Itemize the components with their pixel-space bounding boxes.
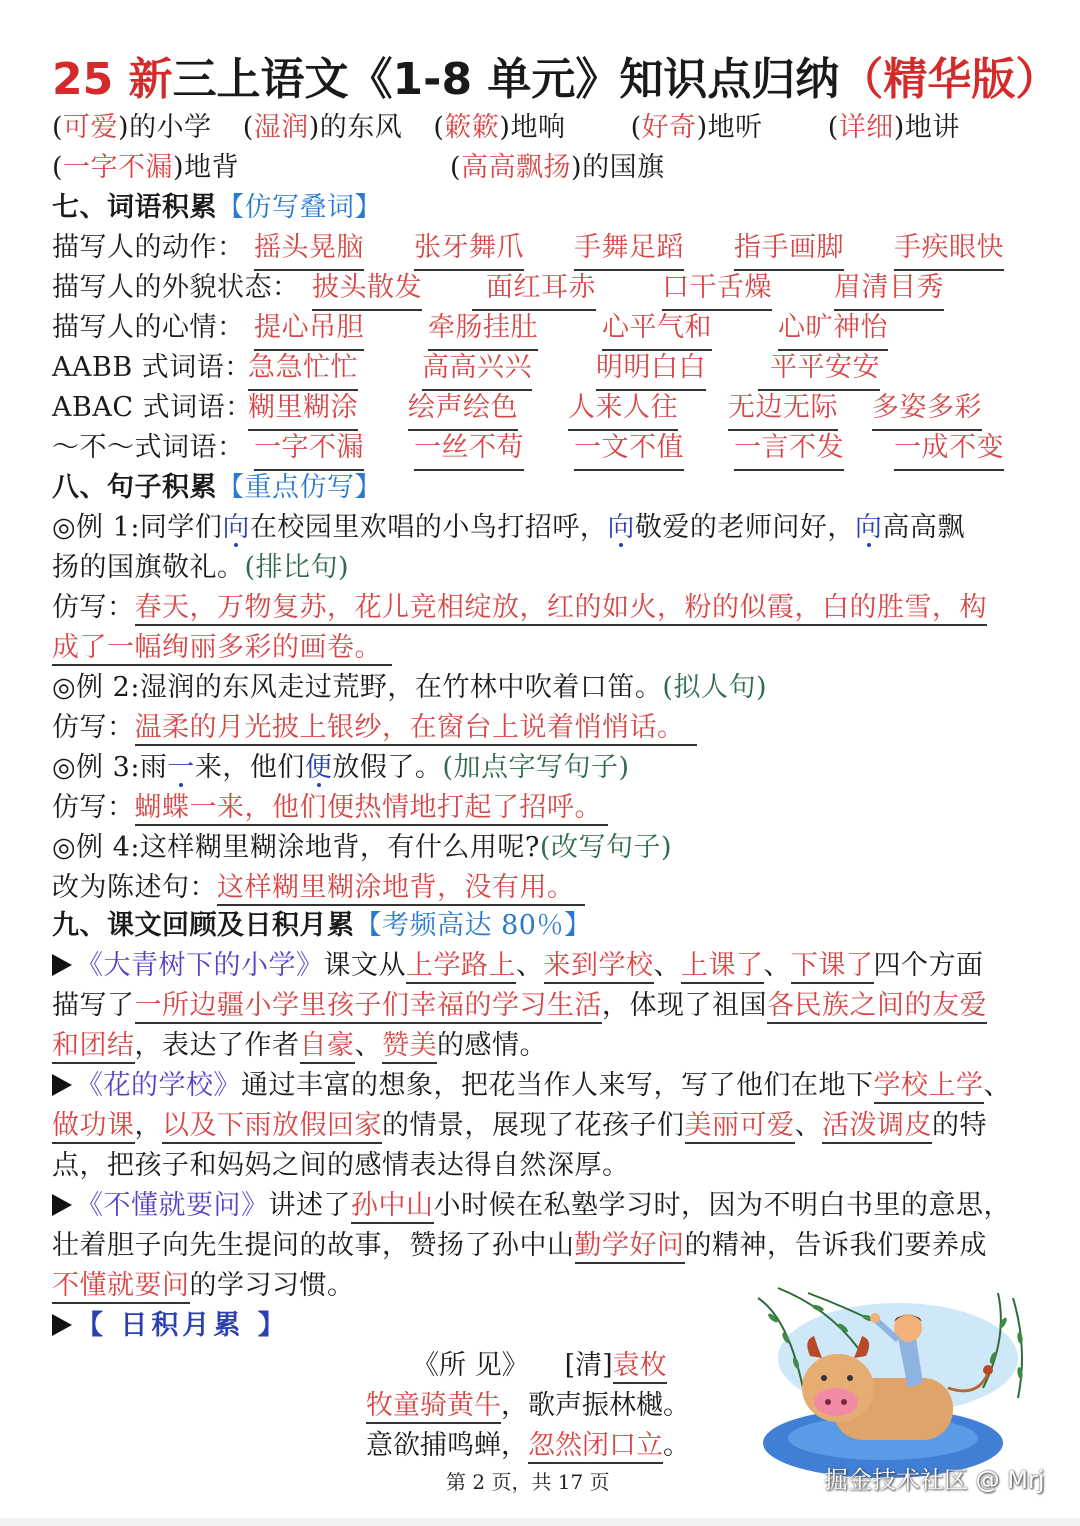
text-span: 七、词语积累 bbox=[52, 192, 217, 223]
triangle-bullet-icon bbox=[52, 1314, 72, 1336]
answer-text: 明明白白 bbox=[596, 348, 706, 391]
text-span: 九、课文回顾及日积月累 bbox=[52, 910, 355, 941]
vocab-row-aabb: AABB 式词语： 急急忙忙 高高兴兴 明明白白 平平安安 bbox=[52, 348, 252, 388]
text-span: 的小学 bbox=[129, 112, 212, 143]
text-span: 描写人的外貌状态： bbox=[52, 272, 300, 303]
emphasis-dot-char: 一 bbox=[167, 752, 195, 783]
text-span: 湿润 bbox=[254, 112, 309, 143]
lesson-title: 《大青树下的小学》 bbox=[76, 950, 324, 981]
text-span: ◎例 2:湿润的东风走过荒野，在竹林中吹着口笛。 bbox=[52, 672, 662, 703]
answer-text: 面红耳赤 bbox=[472, 268, 596, 311]
vocab-row-appearance: 描写人的外貌状态： 披头散发 面红耳赤 口干舌燥 眉清目秀 bbox=[52, 268, 300, 308]
text-span: 的精神，告诉我们要养成 bbox=[685, 1230, 988, 1261]
text-span: 、 bbox=[516, 950, 544, 981]
answer-text: 张牙舞爪 bbox=[414, 228, 524, 271]
answer-text: 牵肠挂肚 bbox=[428, 308, 538, 351]
triangle-bullet-icon bbox=[52, 954, 72, 976]
answer-text: 一成不变 bbox=[894, 428, 1004, 471]
text-span: 地听 bbox=[708, 112, 763, 143]
document-page: 25 新三上语文《1-8 单元》知识点归纳（精华版） (可爱)的小学 (湿润)的… bbox=[0, 0, 1080, 1526]
text-span: 仿写： bbox=[52, 712, 135, 743]
lesson-2-line-2: 做功课，以及下雨放假回家的情景，展现了花孩子们美丽可爱、活泼调皮的特 bbox=[52, 1106, 987, 1146]
text-span: 通过丰富的想象，把花当作人来写，写了他们在地下 bbox=[241, 1070, 874, 1101]
example-3: ◎例 3:雨一来，他们便放假了。(加点字写句子) bbox=[52, 748, 630, 788]
text-span: 。 bbox=[663, 1430, 690, 1461]
answer-text: 手舞足蹈 bbox=[574, 228, 684, 271]
answer-text: 人来人往 bbox=[568, 388, 678, 431]
text-span: 讲述了 bbox=[269, 1190, 352, 1221]
answer-text: 各民族之间的友爱 bbox=[767, 990, 987, 1024]
example-2: ◎例 2:湿润的东风走过荒野，在竹林中吹着口笛。(拟人句) bbox=[52, 668, 767, 708]
answer-text: 绘声绘色 bbox=[408, 388, 518, 431]
page-title: 25 新三上语文《1-8 单元》知识点归纳（精华版） bbox=[52, 50, 1059, 110]
answer-text: 勤学好问 bbox=[575, 1230, 685, 1264]
text-span: 在校园里欢唱的小鸟打招呼， bbox=[250, 512, 608, 543]
answer-text: 口干舌燥 bbox=[662, 268, 772, 311]
lesson-title: 《不懂就要问》 bbox=[76, 1190, 269, 1221]
example-1-imitation: 仿写：春天，万物复苏，花儿竞相绽放，红的如火，粉的似霞，白的胜雪，构 bbox=[52, 588, 987, 628]
answer-text: 无边无际 bbox=[728, 388, 838, 431]
phrase-row-2b: (高高飘扬)的国旗 bbox=[450, 148, 665, 188]
text-span: 扬的国旗敬礼。 bbox=[52, 552, 245, 583]
lesson-1-line-2: 描写了一所边疆小学里孩子们幸福的学习生活，体现了祖国各民族之间的友爱 bbox=[52, 986, 987, 1026]
text-span: 描写了 bbox=[52, 990, 135, 1021]
phrase-item: (好奇)地听 bbox=[631, 112, 763, 143]
vocab-row-abac: ABAC 式词语： 糊里糊涂 绘声绘色 人来人往 无边无际 多姿多彩 bbox=[52, 388, 253, 428]
answer-text: 眉清目秀 bbox=[834, 268, 944, 311]
answer-text: 急急忙忙 bbox=[248, 348, 358, 391]
answer-text: 多姿多彩 bbox=[872, 388, 982, 431]
section-7-heading: 七、词语积累【仿写叠词】 bbox=[52, 188, 382, 228]
text-span: ，体现了祖国 bbox=[602, 990, 767, 1021]
emphasis-dot-char: 向 bbox=[855, 512, 883, 543]
answer-text: 下课了 bbox=[791, 950, 874, 984]
text-span: 【 日积月累 】 bbox=[76, 1310, 289, 1341]
text-span: 高高飘扬 bbox=[461, 152, 571, 183]
answer-text: 以及下雨放假回家 bbox=[162, 1110, 382, 1144]
answer-text: 活泼调皮 bbox=[822, 1110, 932, 1144]
example-4-rewrite: 改为陈述句：这样糊里糊涂地背，没有用。 bbox=[52, 868, 585, 908]
phrase-row-1: (可爱)的小学 (湿润)的东风 (簌簌)地响 (好奇)地听 (详细)地讲 bbox=[52, 108, 960, 148]
text-span: 壮着胆子向先生提问的故事，赞扬了孙中山 bbox=[52, 1230, 575, 1261]
lesson-3-line-3: 不懂就要问的学习习惯。 bbox=[52, 1266, 355, 1306]
answer-text: 心平气和 bbox=[602, 308, 712, 351]
text-span: 可爱 bbox=[63, 112, 118, 143]
triangle-bullet-icon bbox=[52, 1074, 72, 1096]
text-span: 簌簌 bbox=[444, 112, 499, 143]
answer-text: 蝴蝶一来，他们便热情地打起了招呼。 bbox=[135, 792, 609, 826]
text-span: 敬爱的老师问好， bbox=[635, 512, 855, 543]
text-span: ◎例 3:雨 bbox=[52, 752, 167, 783]
text-span: 高高飘 bbox=[882, 512, 965, 543]
answer-text: 做功课 bbox=[52, 1110, 135, 1144]
answer-text: 学校上学 bbox=[874, 1070, 984, 1104]
poem-line-2: 意欲捕鸣蝉，忽然闭口立。 bbox=[366, 1426, 690, 1466]
section-8-tag: 【重点仿写】 bbox=[217, 472, 382, 503]
text-span: 课文从 bbox=[324, 950, 407, 981]
text-span: 的东风 bbox=[320, 112, 403, 143]
lesson-2-line-3: 点，把孩子和妈妈之间的感情表达得自然深厚。 bbox=[52, 1146, 630, 1186]
section-8-heading: 八、句子积累【重点仿写】 bbox=[52, 468, 382, 508]
answer-text: 一丝不苟 bbox=[414, 428, 524, 471]
phrase-item: (一字不漏)地背 bbox=[52, 152, 239, 183]
answer-text: 这样糊里糊涂地背，没有用。 bbox=[217, 872, 585, 906]
answer-text: 手疾眼快 bbox=[894, 228, 1004, 271]
emphasis-dot-char: 向 bbox=[222, 512, 250, 543]
text-span: 描写人的心情： bbox=[52, 312, 245, 343]
emphasis-dot-char: 向 bbox=[607, 512, 635, 543]
poem-title: 《所 见》 bbox=[412, 1350, 529, 1381]
emphasis-dot-char: 便 bbox=[305, 752, 333, 783]
triangle-bullet-icon bbox=[52, 1194, 72, 1216]
text-span: 地讲 bbox=[905, 112, 960, 143]
title-prefix: 25 新 bbox=[52, 54, 173, 105]
text-span: 地响 bbox=[510, 112, 565, 143]
vocab-row-mood: 描写人的心情： 提心吊胆 牵肠挂肚 心平气和 心旷神怡 bbox=[52, 308, 245, 348]
answer-text: 提心吊胆 bbox=[254, 308, 364, 351]
answer-text: 上学路上 bbox=[406, 950, 516, 984]
answer-text: 糊里糊涂 bbox=[248, 388, 358, 431]
text-span: 的感情。 bbox=[437, 1030, 547, 1061]
vocab-row-actions: 描写人的动作： 摇头晃脑 张牙舞爪 手舞足蹈 指手画脚 手疾眼快 bbox=[52, 228, 245, 268]
section-9-heading: 九、课文回顾及日积月累【考频高达 80％】 bbox=[52, 906, 591, 946]
answer-text: 指手画脚 bbox=[734, 228, 844, 271]
text-span: 的国旗 bbox=[582, 152, 665, 183]
sentence-type: (排比句) bbox=[245, 552, 350, 583]
title-suffix: （精华版） bbox=[839, 54, 1059, 105]
text-span: 仿写： bbox=[52, 592, 135, 623]
poem-title-line: 《所 见》[清]袁枚 bbox=[412, 1346, 667, 1386]
title-main: 三上语文《1-8 单元》知识点归纳 bbox=[173, 54, 840, 105]
daily-accumulation-heading: 【 日积月累 】 bbox=[52, 1306, 289, 1346]
answer-text: 和团结 bbox=[52, 1030, 135, 1064]
sentence-type: (改写句子) bbox=[540, 832, 672, 863]
example-1-line-2: 扬的国旗敬礼。(排比句) bbox=[52, 548, 349, 588]
example-4: ◎例 4:这样糊里糊涂地背，有什么用呢?(改写句子) bbox=[52, 828, 672, 868]
text-span: ～不～式词语： bbox=[52, 432, 245, 463]
text-span: 点，把孩子和妈妈之间的感情表达得自然深厚。 bbox=[52, 1150, 630, 1181]
lesson-1-line-1: 《大青树下的小学》课文从上学路上、来到学校、上课了、下课了四个方面 bbox=[52, 946, 984, 986]
poem-line-1: 牧童骑黄牛，歌声振林樾。 bbox=[366, 1386, 690, 1426]
answer-text: 牧童骑黄牛 bbox=[366, 1390, 501, 1424]
text-span: ◎例 4:这样糊里糊涂地背，有什么用呢? bbox=[52, 832, 540, 863]
answer-text: 一字不漏 bbox=[254, 428, 364, 471]
sentence-type: (拟人句) bbox=[662, 672, 767, 703]
text-span: 、 bbox=[654, 950, 682, 981]
text-span: AABB 式词语： bbox=[52, 352, 252, 383]
lesson-1-line-3: 和团结，表达了作者自豪、赞美的感情。 bbox=[52, 1026, 547, 1066]
poem-author: 袁枚 bbox=[613, 1350, 667, 1384]
answer-text: 来到学校 bbox=[544, 950, 654, 984]
text-span: 、 bbox=[355, 1030, 383, 1061]
text-span: 的学习习惯。 bbox=[190, 1270, 355, 1301]
text-span: 好奇 bbox=[642, 112, 697, 143]
text-span: 地背 bbox=[184, 152, 239, 183]
text-span: 详细 bbox=[839, 112, 894, 143]
answer-text: 自豪 bbox=[300, 1030, 355, 1064]
poem-dynasty: [清] bbox=[565, 1350, 613, 1381]
lesson-title: 《花的学校》 bbox=[76, 1070, 241, 1101]
answer-text: 一文不值 bbox=[574, 428, 684, 471]
example-1-imitation-2: 成了一幅绚丽多彩的画卷。 bbox=[52, 628, 392, 668]
answer-text: 披头散发 bbox=[312, 268, 422, 311]
answer-text: 摇头晃脑 bbox=[254, 228, 364, 271]
phrase-item: (簌簌)地响 bbox=[433, 112, 565, 143]
text-span: 、 bbox=[984, 1070, 1012, 1101]
text-span: 的情景，展现了花孩子们 bbox=[382, 1110, 685, 1141]
section-9-tag: 【考频高达 80％】 bbox=[355, 910, 592, 941]
phrase-item: (湿润)的东风 bbox=[243, 112, 403, 143]
phrase-row-2: (一字不漏)地背 bbox=[52, 148, 239, 188]
answer-text: 一言不发 bbox=[734, 428, 844, 471]
vocab-row-bu: ～不～式词语： 一字不漏 一丝不苟 一文不值 一言不发 一成不变 bbox=[52, 428, 245, 468]
lesson-2-line-1: 《花的学校》通过丰富的想象，把花当作人来写，写了他们在地下学校上学、 bbox=[52, 1066, 1011, 1106]
bottom-margin bbox=[0, 1518, 1080, 1526]
text-span: 小时候在私塾学习时，因为不明白书里的意思， bbox=[434, 1190, 1012, 1221]
text-span: 描写人的动作： bbox=[52, 232, 245, 263]
text-span: 一字不漏 bbox=[63, 152, 173, 183]
answer-text: 成了一幅绚丽多彩的画卷。 bbox=[52, 632, 392, 666]
answer-text: 不懂就要问 bbox=[52, 1270, 190, 1304]
lesson-3-line-1: 《不懂就要问》讲述了孙中山小时候在私塾学习时，因为不明白书里的意思， bbox=[52, 1186, 1011, 1226]
text-span: ，歌声振林樾。 bbox=[501, 1390, 690, 1421]
sentence-type: (加点字写句子) bbox=[442, 752, 629, 783]
page-number: 第 2 页，共 17 页 bbox=[446, 1466, 610, 1495]
example-1-line-1: ◎例 1:同学们向在校园里欢唱的小鸟打招呼，向敬爱的老师问好，向高高飘 bbox=[52, 508, 965, 548]
text-span: ，表达了作者 bbox=[135, 1030, 300, 1061]
phrase-item: (高高飘扬)的国旗 bbox=[450, 152, 665, 183]
text-span: ◎例 1:同学们 bbox=[52, 512, 222, 543]
text-span: 、 bbox=[795, 1110, 823, 1141]
text-span: 仿写： bbox=[52, 792, 135, 823]
text-span: ABAC 式词语： bbox=[52, 392, 253, 423]
text-span: 改为陈述句： bbox=[52, 872, 217, 903]
text-span: ， bbox=[135, 1110, 163, 1141]
answer-text: 高高兴兴 bbox=[422, 348, 532, 391]
text-span: 八、句子积累 bbox=[52, 472, 217, 503]
watermark: 掘金技术社区 @ Mrj bbox=[824, 1460, 1045, 1495]
lesson-3-line-2: 壮着胆子向先生提问的故事，赞扬了孙中山勤学好问的精神，告诉我们要养成 bbox=[52, 1226, 987, 1266]
example-3-imitation: 仿写：蝴蝶一来，他们便热情地打起了招呼。 bbox=[52, 788, 608, 828]
phrase-item: (可爱)的小学 bbox=[52, 112, 212, 143]
answer-text: 忽然闭口立 bbox=[528, 1430, 663, 1464]
answer-text: 平平安安 bbox=[758, 348, 880, 391]
example-2-imitation: 仿写：温柔的月光披上银纱，在窗台上说着悄悄话。 bbox=[52, 708, 697, 748]
text-span: 来，他们 bbox=[195, 752, 305, 783]
answer-text: 孙中山 bbox=[351, 1190, 434, 1224]
answer-text: 春天，万物复苏，花儿竞相绽放，红的如火，粉的似霞，白的胜雪，构 bbox=[135, 592, 988, 626]
text-span: 、 bbox=[764, 950, 792, 981]
answer-text: 上课了 bbox=[681, 950, 764, 984]
phrase-item: (详细)地讲 bbox=[828, 112, 960, 143]
answer-text: 温柔的月光披上银纱，在窗台上说着悄悄话。 bbox=[135, 712, 697, 746]
text-span: 四个方面 bbox=[874, 950, 984, 981]
answer-text: 赞美 bbox=[382, 1030, 437, 1064]
text-span: 的特 bbox=[932, 1110, 987, 1141]
text-span: 放假了。 bbox=[332, 752, 442, 783]
answer-text: 美丽可爱 bbox=[685, 1110, 795, 1144]
text-span: 意欲捕鸣蝉， bbox=[366, 1430, 528, 1461]
answer-text: 一所边疆小学里孩子们幸福的学习生活 bbox=[135, 990, 603, 1024]
section-7-tag: 【仿写叠词】 bbox=[217, 192, 382, 223]
answer-text: 心旷神怡 bbox=[778, 308, 888, 351]
